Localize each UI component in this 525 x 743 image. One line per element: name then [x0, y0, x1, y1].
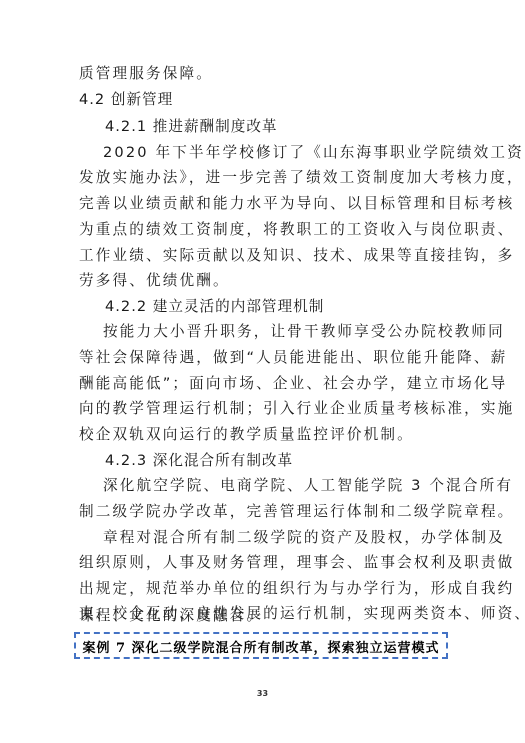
section-heading: 4.2 创新管理	[79, 90, 173, 110]
paragraph-line: 组织原则，人事及财务管理，理事会、监事会权利及职责做	[79, 553, 514, 573]
paragraph-line: 为重点的绩效工资制度，将教职工的工资收入与岗位职责、	[79, 220, 514, 240]
paragraph-line: 课程、文化的深度融合。	[79, 606, 263, 626]
paragraph-line: 出规定，规范举办单位的组织行为与办学行为，形成自我约	[79, 579, 514, 599]
page-number: 33	[0, 689, 525, 698]
paragraph-line: 制二级学院办学改革，完善管理运行体制和二级学院章程。	[79, 502, 514, 522]
paragraph-line: 质管理服务保障。	[79, 64, 213, 84]
paragraph-line: 章程对混合所有制二级学院的资产及股权，办学体制及	[103, 528, 505, 548]
paragraph-line: 校企双轨双向运行的教学质量监控评价机制。	[79, 425, 414, 445]
paragraph-line: 劳多得、优绩优酬。	[79, 271, 230, 291]
paragraph-line: 工作业绩、实际贡献以及知识、技术、成果等直接挂钩，多	[79, 246, 514, 266]
paragraph-line: 酬能高能低”；面向市场、企业、社会办学，建立市场化导	[79, 374, 507, 394]
paragraph-line: 发放实施办法》，进一步完善了绩效工资制度加大考核力度，	[79, 168, 524, 188]
paragraph-line: 等社会保障待遇，做到“人员能进能出、职位能升能降、薪	[79, 348, 507, 368]
section-heading: 4.2.3 深化混合所有制改革	[105, 451, 293, 471]
paragraph-line: 按能力大小晋升职务，让骨干教师享受公办院校教师同	[103, 322, 505, 342]
case-study-box: 案例 7 深化二级学院混合所有制改革，探索独立运营模式	[74, 632, 448, 659]
section-heading: 4.2.1 推进薪酬制度改革	[105, 117, 278, 137]
paragraph-line: 完善以业绩贡献和能力水平为导向、以目标管理和目标考核	[79, 194, 514, 214]
paragraph-line: 2020 年下半年学校修订了《山东海事职业学院绩效工资	[103, 143, 524, 163]
paragraph-line: 深化航空学院、电商学院、人工智能学院 3 个混合所有	[103, 476, 513, 496]
section-heading: 4.2.2 建立灵活的内部管理机制	[105, 297, 324, 317]
case-study-title: 案例 7 深化二级学院混合所有制改革，探索独立运营模式	[76, 637, 446, 656]
paragraph-line: 向的教学管理运行机制；引入行业企业质量考核标准，实施	[79, 399, 514, 419]
